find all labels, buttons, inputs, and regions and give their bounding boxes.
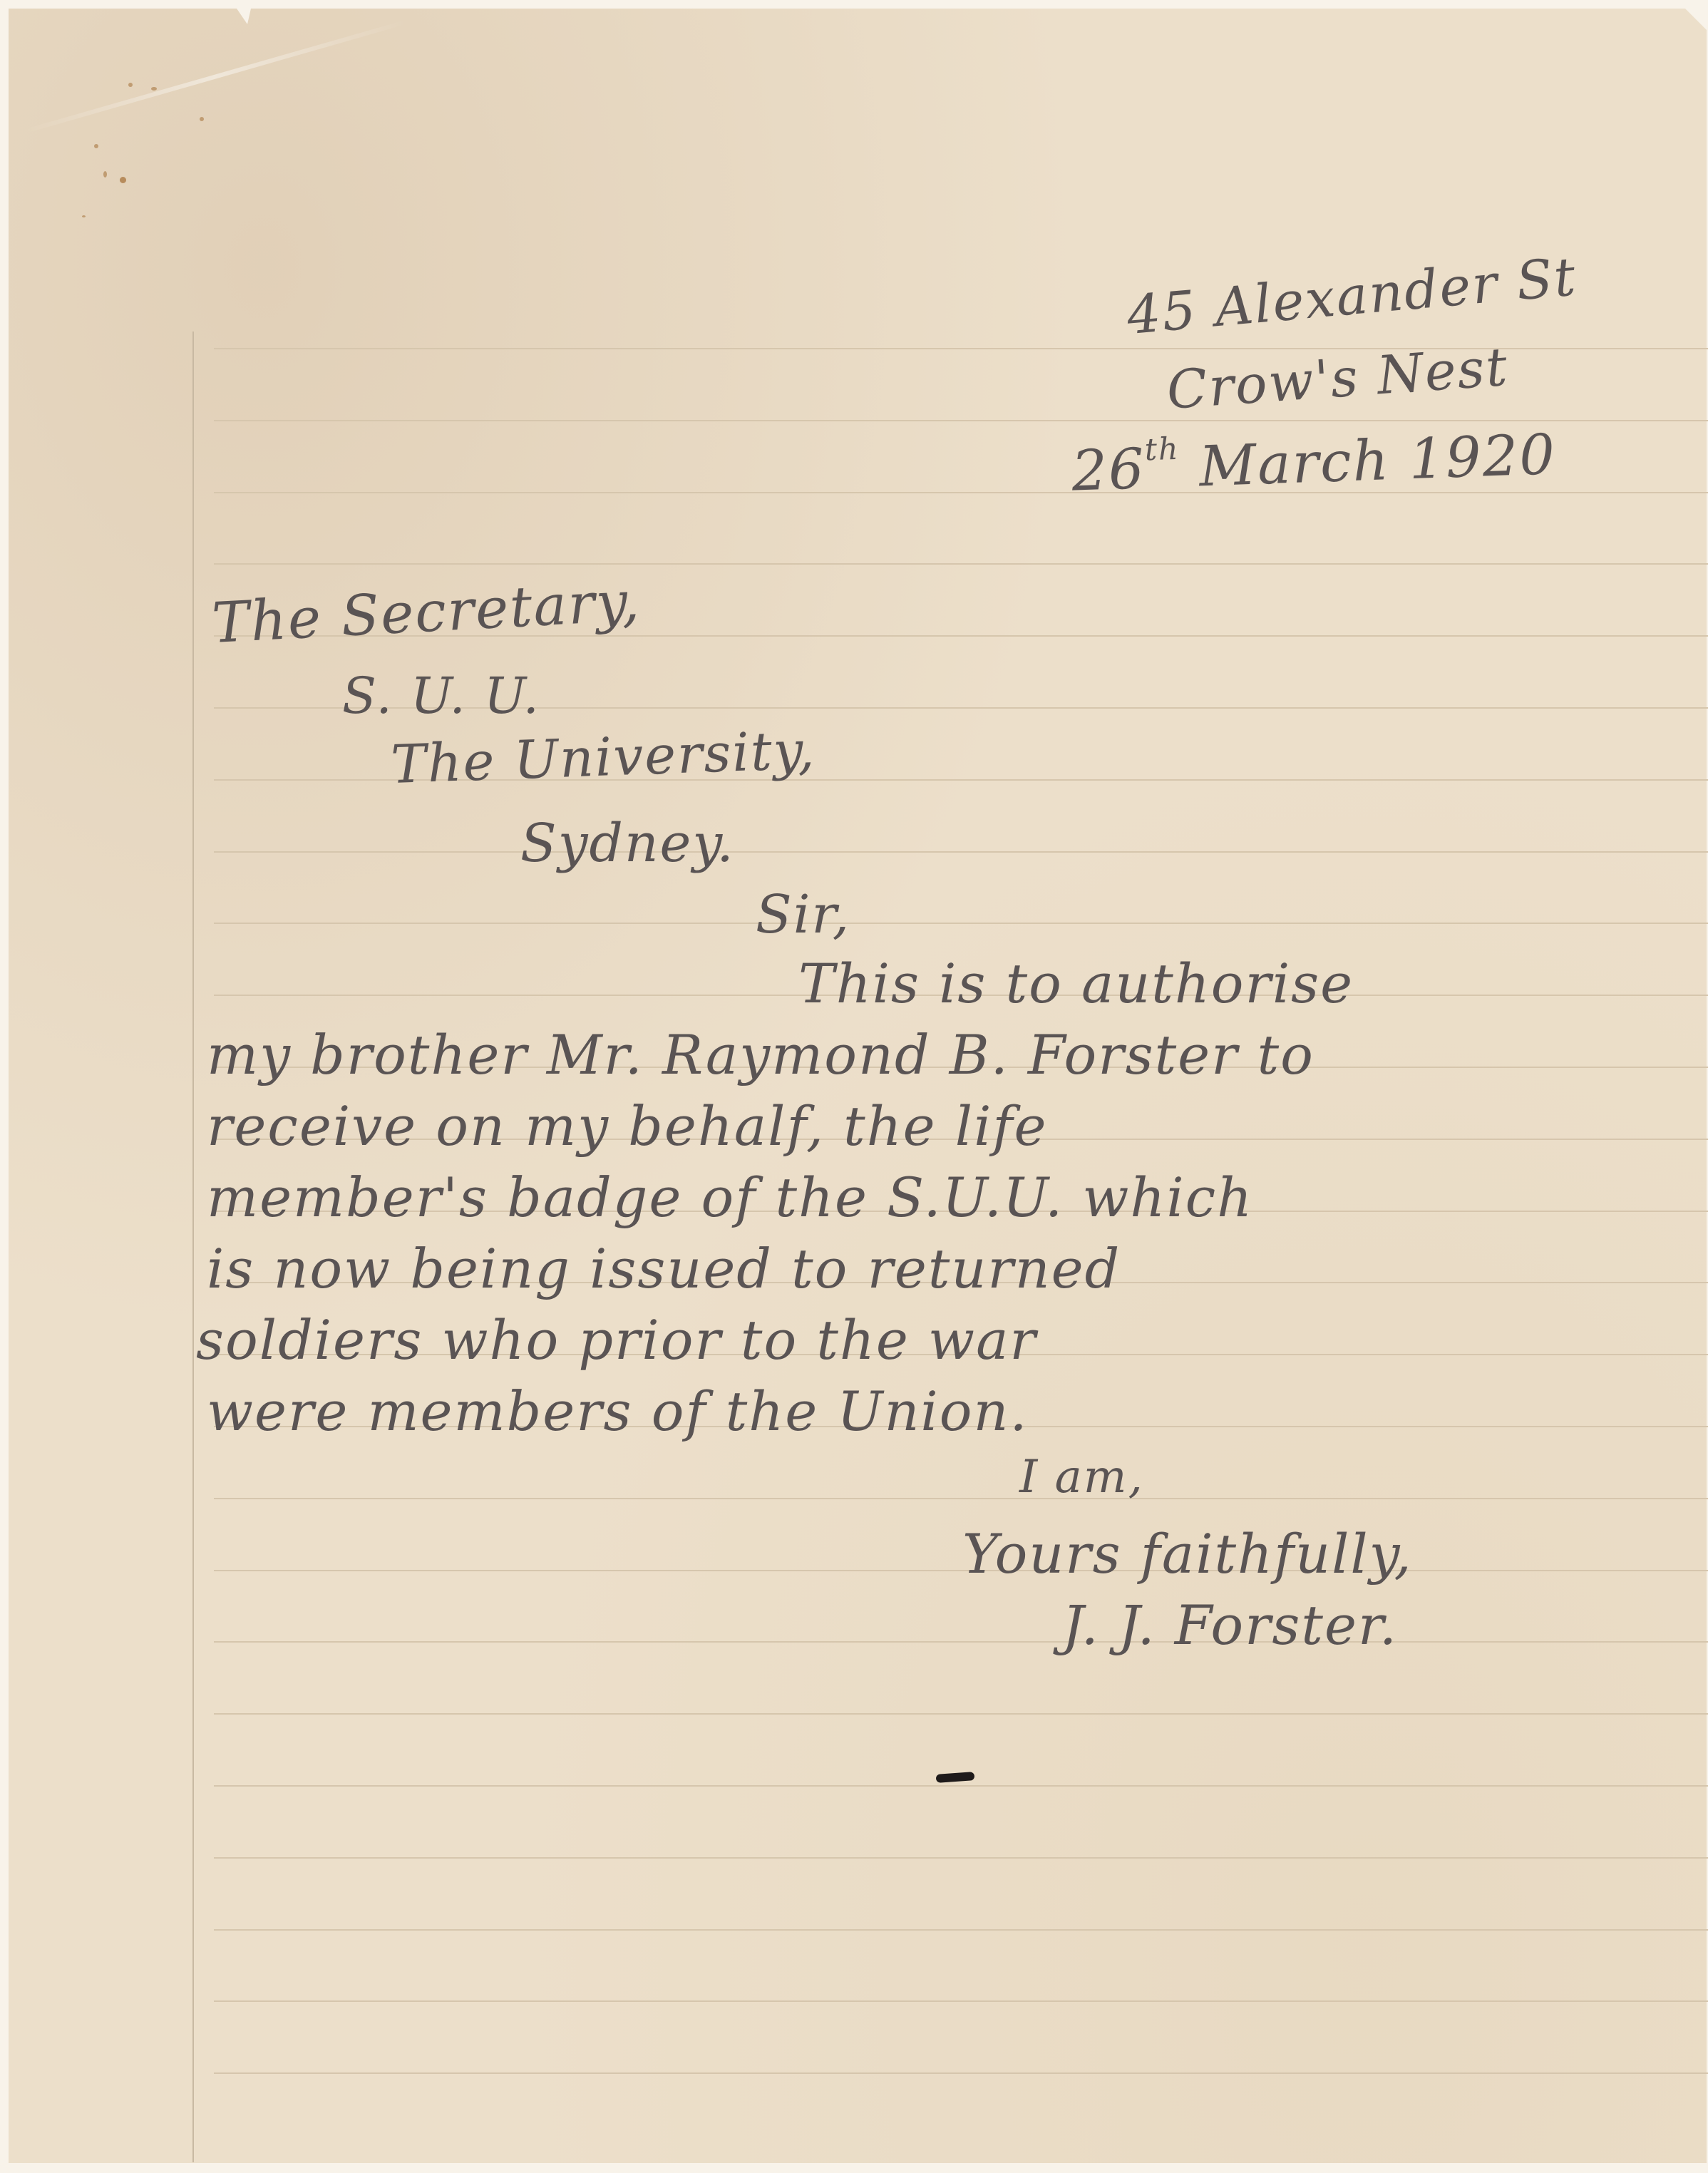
ruled-line <box>214 1498 1708 1499</box>
margin-line <box>192 332 194 2162</box>
closing-line-2: Yours faithfully, <box>962 1522 1413 1586</box>
body-line-5: is now being issued to returned <box>207 1237 1121 1300</box>
foxing-spot <box>200 117 204 121</box>
ruled-line <box>214 1713 1708 1715</box>
body-line-7: were members of the Union. <box>207 1380 1029 1443</box>
foxing-spot <box>128 83 133 87</box>
ruled-line <box>214 1641 1708 1643</box>
ruled-line <box>214 851 1708 853</box>
body-line-1: This is to authorise <box>798 952 1354 1015</box>
ruled-line <box>214 1785 1708 1787</box>
ruled-line <box>214 923 1708 924</box>
paper-crease <box>22 20 407 134</box>
body-line-3: receive on my behalf, the life <box>207 1094 1048 1158</box>
foxing-spot <box>120 177 126 183</box>
recipient-line-2: S. U. U. <box>342 667 540 725</box>
ruled-line <box>214 1857 1708 1859</box>
closing-line-1: I am, <box>1019 1451 1144 1504</box>
ruled-line <box>214 2072 1708 2074</box>
signature: J. J. Forster. <box>1062 1593 1398 1657</box>
ruled-line <box>214 563 1708 565</box>
body-line-6: soldiers who prior to the war <box>196 1308 1037 1372</box>
date-suffix: th <box>1144 431 1180 468</box>
salutation: Sir, <box>756 884 850 945</box>
recipient-line-4: Sydney. <box>520 813 735 874</box>
body-line-2: my brother Mr. Raymond B. Forster to <box>207 1023 1315 1086</box>
ruled-line <box>214 492 1708 493</box>
ruled-line <box>214 1570 1708 1571</box>
foxing-spot <box>103 171 107 178</box>
body-line-4: member's badge of the S.U.U. which <box>207 1166 1253 1229</box>
date-day: 26 <box>1071 437 1146 504</box>
date-month-year: March 1920 <box>1198 423 1558 499</box>
ruled-line <box>214 1929 1708 1931</box>
foxing-spot <box>94 144 98 148</box>
foxing-spot <box>151 87 157 91</box>
foxing-spot <box>82 215 86 217</box>
ruled-line <box>214 2000 1708 2002</box>
